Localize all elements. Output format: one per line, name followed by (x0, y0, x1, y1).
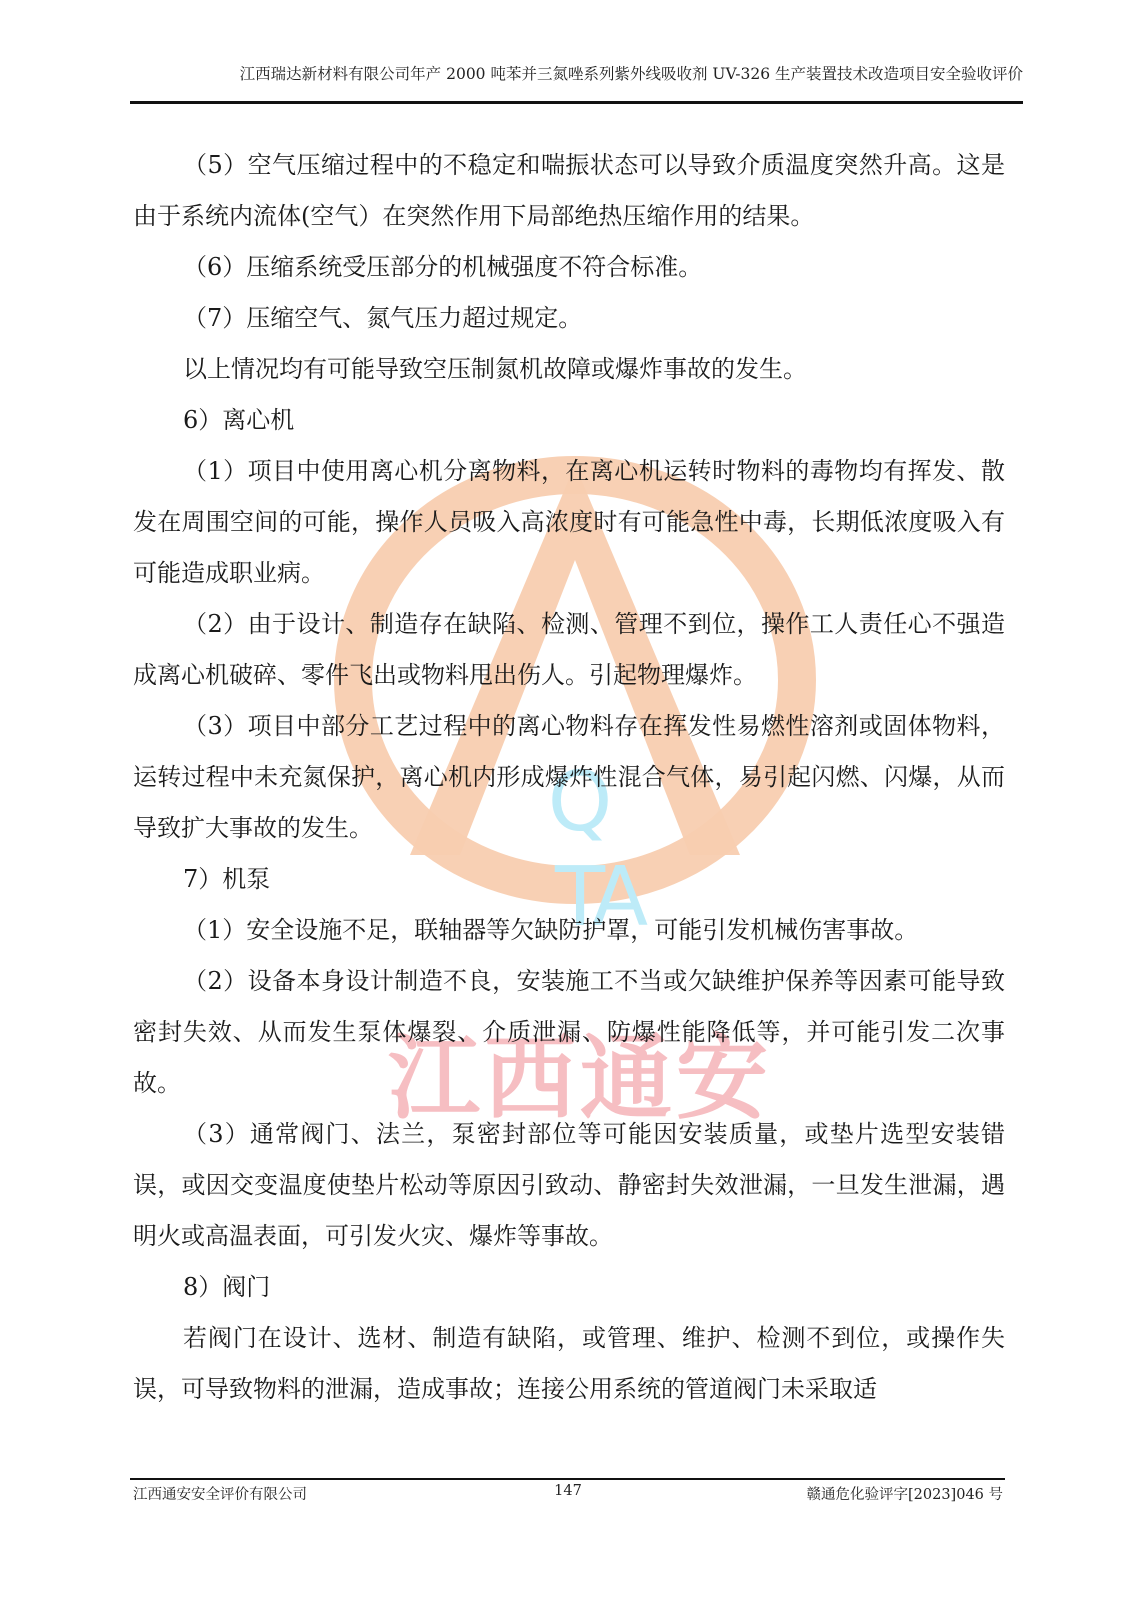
footer-divider (130, 1478, 1005, 1480)
page-footer: 江西通安安全评价有限公司 147 赣通危化验评字[2023]046 号 (133, 1483, 1003, 1503)
header-divider (130, 101, 1023, 104)
paragraph-item-7: （7）压缩空气、氮气压力超过规定。 (133, 293, 1005, 344)
paragraph-pump-2: （2）设备本身设计制造不良，安装施工不当或欠缺维护保养等因素可能导致密封失效、从… (133, 956, 1005, 1109)
page-header: 江西瑞达新材料有限公司年产 2000 吨苯并三氮唑系列紫外线吸收剂 UV-326… (133, 62, 1023, 84)
paragraph-pump-1: （1）安全设施不足，联轴器等欠缺防护罩，可能引发机械伤害事故。 (133, 905, 1005, 956)
paragraph-summary: 以上情况均有可能导致空压制氮机故障或爆炸事故的发生。 (133, 344, 1005, 395)
section-heading-pump: 7）机泵 (133, 854, 1005, 905)
paragraph-item-5: （5）空气压缩过程中的不稳定和喘振状态可以导致介质温度突然升高。这是由于系统内流… (133, 140, 1005, 242)
paragraph-centrifuge-1: （1）项目中使用离心机分离物料，在离心机运转时物料的毒物均有挥发、散发在周围空间… (133, 446, 1005, 599)
section-heading-centrifuge: 6）离心机 (133, 395, 1005, 446)
document-body: （5）空气压缩过程中的不稳定和喘振状态可以导致介质温度突然升高。这是由于系统内流… (133, 140, 1005, 1415)
paragraph-pump-3: （3）通常阀门、法兰，泵密封部位等可能因安装质量，或垫片选型安装错误，或因交变温… (133, 1109, 1005, 1262)
header-title: 江西瑞达新材料有限公司年产 2000 吨苯并三氮唑系列紫外线吸收剂 UV-326… (240, 65, 1023, 83)
paragraph-centrifuge-2: （2）由于设计、制造存在缺陷、检测、管理不到位，操作工人责任心不强造成离心机破碎… (133, 599, 1005, 701)
footer-document-number: 赣通危化验评字[2023]046 号 (807, 1483, 1004, 1504)
paragraph-valve: 若阀门在设计、选材、制造有缺陷，或管理、维护、检测不到位，或操作失误，可导致物料… (133, 1313, 1005, 1415)
paragraph-item-6: （6）压缩系统受压部分的机械强度不符合标准。 (133, 242, 1005, 293)
section-heading-valve: 8）阀门 (133, 1262, 1005, 1313)
paragraph-centrifuge-3: （3）项目中部分工艺过程中的离心物料存在挥发性易燃性溶剂或固体物料，运转过程中未… (133, 701, 1005, 854)
